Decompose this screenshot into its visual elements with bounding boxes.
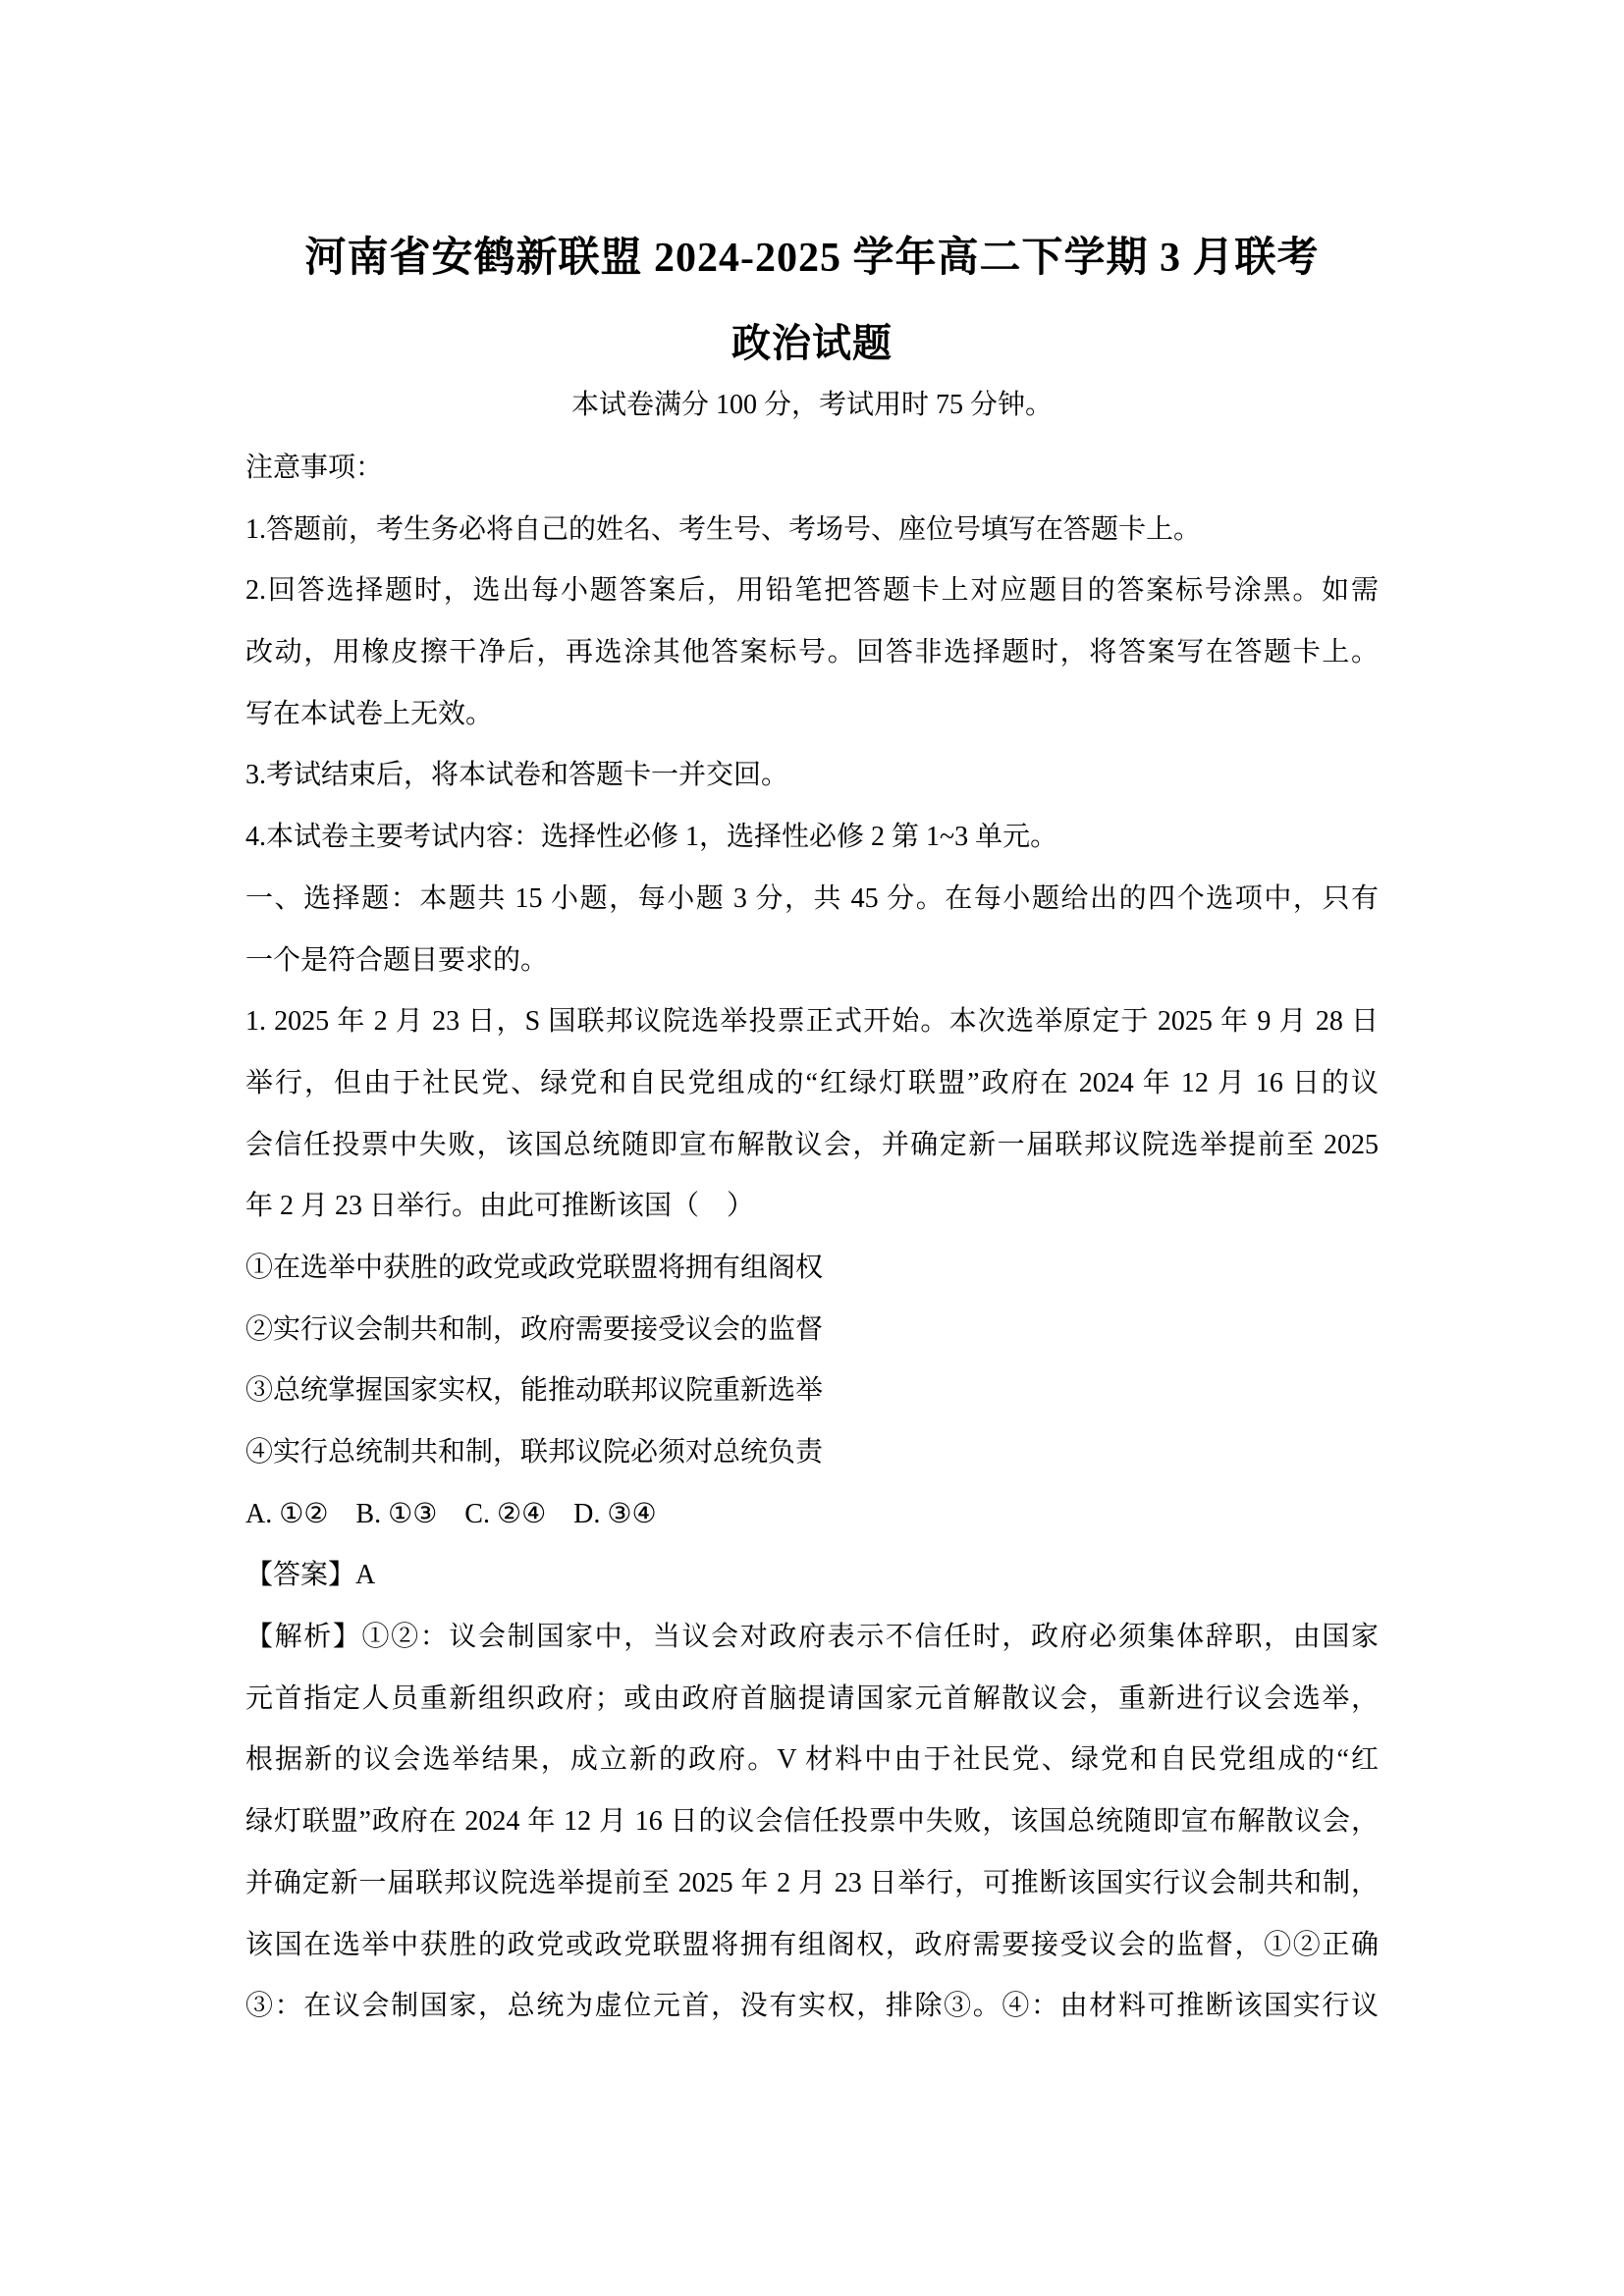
text-line: 1. 2025 年 2 月 23 日，S 国联邦议院选举投票正式开始。本次选举原… [245, 991, 1379, 1053]
text-line: 注意事项： [245, 438, 1379, 500]
text-line: 写在本试卷上无效。 [245, 684, 1379, 746]
text-line: ③：在议会制国家，总统为虚位元首，没有实权，排除③。④：由材料可推断该国实行议 [245, 1976, 1379, 2038]
exam-body-text: 注意事项：1.答题前，考生务必将自己的姓名、考生号、考场号、座位号填写在答题卡上… [245, 438, 1379, 2038]
text-line: ④实行总统制共和制，联邦议院必须对总统负责 [245, 1422, 1379, 1484]
text-line: 【答案】A [245, 1545, 1379, 1607]
text-line: 该国在选举中获胜的政党或政党联盟将拥有组阁权，政府需要接受议会的监督，①②正确 [245, 1915, 1379, 1977]
exam-info-line: 本试卷满分 100 分，考试用时 75 分钟。 [0, 386, 1624, 425]
text-line: 改动，用橡皮擦干净后，再选涂其他答案标号。回答非选择题时，将答案写在答题卡上。 [245, 622, 1379, 684]
exam-subject-title: 政治试题 [0, 315, 1624, 371]
text-line: 绿灯联盟”政府在 2024 年 12 月 16 日的议会信任投票中失败，该国总统… [245, 1791, 1379, 1853]
exam-title: 河南省安鹤新联盟 2024-2025 学年高二下学期 3 月联考 [0, 231, 1624, 287]
text-line: ①在选举中获胜的政党或政党联盟将拥有组阁权 [245, 1238, 1379, 1300]
text-line: 1.答题前，考生务必将自己的姓名、考生号、考场号、座位号填写在答题卡上。 [245, 500, 1379, 561]
text-line: 一个是符合题目要求的。 [245, 931, 1379, 992]
text-line: 会信任投票中失败，该国总统随即宣布解散议会，并确定新一届联邦议院选举提前至 20… [245, 1115, 1379, 1177]
text-line: 举行，但由于社民党、绿党和自民党组成的“红绿灯联盟”政府在 2024 年 12 … [245, 1053, 1379, 1115]
text-line: A. ①② B. ①③ C. ②④ D. ③④ [245, 1484, 1379, 1546]
text-line: 并确定新一届联邦议院选举提前至 2025 年 2 月 23 日举行，可推断该国实… [245, 1853, 1379, 1915]
exam-paper-page: 河南省安鹤新联盟 2024-2025 学年高二下学期 3 月联考 政治试题 本试… [0, 0, 1624, 2296]
text-line: 4.本试卷主要考试内容：选择性必修 1，选择性必修 2 第 1~3 单元。 [245, 807, 1379, 869]
text-line: 根据新的议会选举结果，成立新的政府。V 材料中由于社民党、绿党和自民党组成的“红 [245, 1730, 1379, 1791]
text-line: 2.回答选择题时，选出每小题答案后，用铅笔把答题卡上对应题目的答案标号涂黑。如需 [245, 561, 1379, 622]
text-line: 年 2 月 23 日举行。由此可推断该国（ ） [245, 1176, 1379, 1238]
text-line: 3.考试结束后，将本试卷和答题卡一并交回。 [245, 745, 1379, 807]
text-line: 一、选择题：本题共 15 小题，每小题 3 分，共 45 分。在每小题给出的四个… [245, 869, 1379, 931]
text-line: 【解析】①②：议会制国家中，当议会对政府表示不信任时，政府必须集体辞职，由国家 [245, 1607, 1379, 1669]
text-line: ③总统掌握国家实权，能推动联邦议院重新选举 [245, 1361, 1379, 1422]
text-line: ②实行议会制共和制，政府需要接受议会的监督 [245, 1300, 1379, 1362]
text-line: 元首指定人员重新组织政府；或由政府首脑提请国家元首解散议会，重新进行议会选举， [245, 1669, 1379, 1731]
